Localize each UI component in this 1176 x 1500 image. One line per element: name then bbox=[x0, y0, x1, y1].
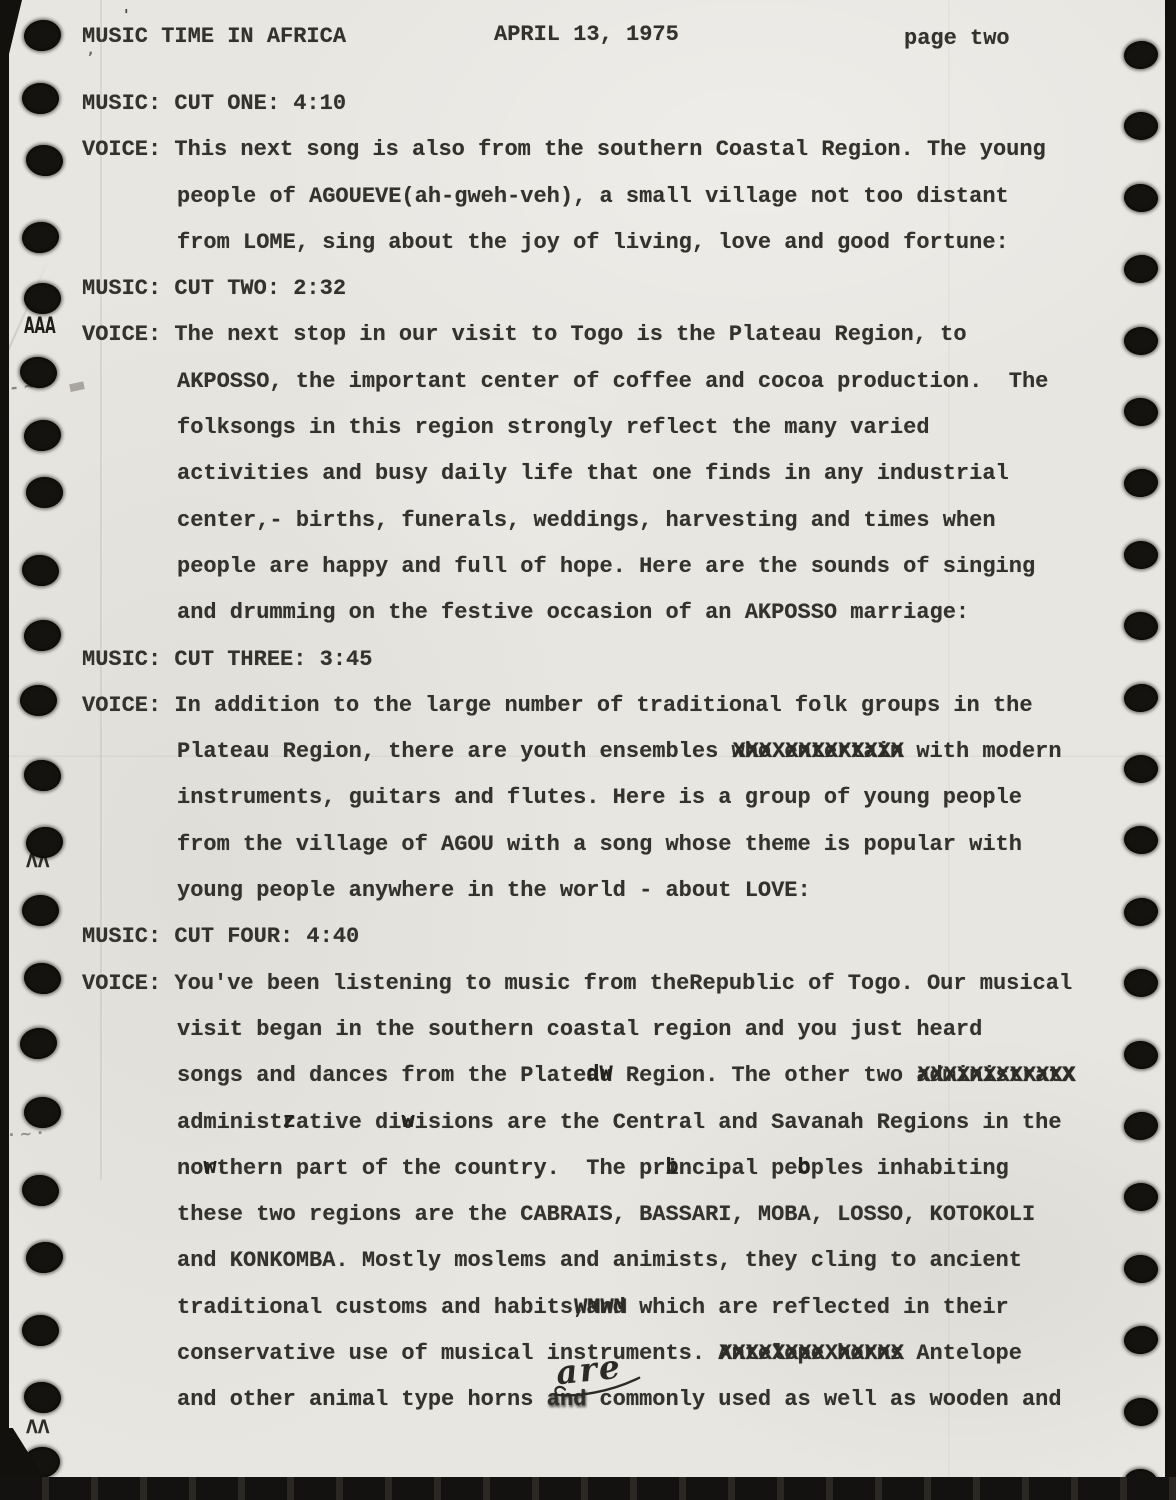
typed-text: songs and dances from the Plate bbox=[177, 1053, 586, 1099]
punch-hole bbox=[1124, 1398, 1158, 1426]
script-line: people of AGOUEVE(ah-gweh-veh), a small … bbox=[0, 174, 1176, 220]
overtyped-text: au bbox=[586, 1053, 612, 1099]
script-line: traditional customs and habits,and which… bbox=[0, 1285, 1176, 1331]
script-line: northern part of the country. The princi… bbox=[0, 1146, 1176, 1192]
typed-text: MUSIC: CUT ONE: 4:10 bbox=[82, 81, 346, 127]
script-line: MUSIC: CUT ONE: 4:10 bbox=[0, 81, 1176, 127]
document-title: MUSIC TIME IN AFRICA bbox=[82, 24, 346, 49]
scanned-script-page: MUSIC TIME IN AFRICA APRIL 13, 1975 page… bbox=[0, 0, 1176, 1500]
punch-hole bbox=[1124, 112, 1158, 140]
typed-strikeout: ,and bbox=[573, 1285, 626, 1331]
punch-hole bbox=[1124, 327, 1158, 355]
pencil-smudge: ▄ bbox=[68, 375, 85, 393]
typed-text: people of AGOUEVE(ah-gweh-veh), a small … bbox=[177, 174, 1009, 220]
ink-mark: ΛΛ bbox=[26, 1416, 50, 1438]
script-line: activities and busy daily life that one … bbox=[0, 451, 1176, 497]
script-line: instruments, guitars and flutes. Here is… bbox=[0, 775, 1176, 821]
typed-text: Plateau Region, there are youth ensemble… bbox=[177, 729, 732, 775]
typed-text: from LOME, sing about the joy of living,… bbox=[177, 220, 1009, 266]
script-line: and KONKOMBA. Mostly moslems and animist… bbox=[0, 1238, 1176, 1284]
typed-text: VOICE: In addition to the large number o… bbox=[82, 683, 1033, 729]
script-line: young people anywhere in the world - abo… bbox=[0, 868, 1176, 914]
typed-text: administ bbox=[177, 1100, 283, 1146]
typed-text: MUSIC: CUT FOUR: 4:40 bbox=[82, 914, 359, 960]
script-line: these two regions are the CABRAIS, BASSA… bbox=[0, 1192, 1176, 1238]
script-line: Plateau Region, there are youth ensemble… bbox=[0, 729, 1176, 775]
script-line: from LOME, sing about the joy of living,… bbox=[0, 220, 1176, 266]
script-line: center,- births, funerals, weddings, har… bbox=[0, 498, 1176, 544]
overtyped-text: r bbox=[203, 1146, 216, 1192]
scan-edge-bottom bbox=[0, 1477, 1176, 1500]
punch-hole bbox=[1123, 39, 1160, 70]
ink-blot: AAA bbox=[24, 314, 56, 339]
typed-text: folksongs in this region strongly reflec… bbox=[177, 405, 930, 451]
scan-edge-left bbox=[0, 0, 9, 1500]
script-line: from the village of AGOU with a song who… bbox=[0, 822, 1176, 868]
script-line: MUSIC: CUT THREE: 3:45 bbox=[0, 637, 1176, 683]
document-date: APRIL 13, 1975 bbox=[494, 22, 679, 47]
script-body: MUSIC: CUT ONE: 4:10VOICE: This next son… bbox=[0, 81, 1176, 1424]
punch-hole bbox=[1124, 1183, 1158, 1211]
typed-text: young people anywhere in the world - abo… bbox=[177, 868, 811, 914]
typed-text: VOICE: The next stop in our visit to Tog… bbox=[82, 312, 967, 358]
typed-text: ples inhabiting bbox=[811, 1146, 1009, 1192]
overtyped-text: i bbox=[665, 1146, 678, 1192]
punch-hole bbox=[26, 477, 63, 508]
typed-text: and KONKOMBA. Mostly moslems and animist… bbox=[177, 1238, 1022, 1284]
script-line: AKPOSSO, the important center of coffee … bbox=[0, 359, 1176, 405]
script-line: MUSIC: CUT TWO: 2:32 bbox=[0, 266, 1176, 312]
typed-text: center,- births, funerals, weddings, har… bbox=[177, 498, 996, 544]
typed-text: MUSIC: CUT TWO: 2:32 bbox=[82, 266, 346, 312]
typed-strikeout: administratX bbox=[916, 1053, 1074, 1099]
typed-text: instruments, guitars and flutes. Here is… bbox=[177, 775, 1022, 821]
handwritten-correction: are bbox=[554, 1347, 623, 1393]
typed-text: activities and busy daily life that one … bbox=[177, 451, 1009, 497]
scan-edge-right bbox=[1165, 0, 1176, 1500]
stray-mark: ' bbox=[124, 6, 129, 24]
typed-text: ncipal pe bbox=[679, 1146, 798, 1192]
overtyped-text: v bbox=[401, 1100, 414, 1146]
script-line: songs and dances from the Plateau Region… bbox=[0, 1053, 1176, 1099]
punch-hole bbox=[1124, 969, 1158, 997]
script-line: folksongs in this region strongly reflec… bbox=[0, 405, 1176, 451]
overtyped-text: o bbox=[798, 1146, 811, 1192]
typed-text: no bbox=[177, 1146, 203, 1192]
typed-text: commonly used as well as wooden and bbox=[586, 1377, 1061, 1423]
punch-hole bbox=[22, 83, 59, 114]
punch-hole bbox=[20, 685, 57, 716]
typed-text: these two regions are the CABRAIS, BASSA… bbox=[177, 1192, 1035, 1238]
overtyped-text: r bbox=[283, 1100, 296, 1146]
typed-text: AKPOSSO, the important center of coffee … bbox=[177, 359, 1048, 405]
script-line: and drumming on the festive occasion of … bbox=[0, 590, 1176, 636]
typed-text: and drumming on the festive occasion of … bbox=[177, 590, 969, 636]
script-line: people are happy and full of hope. Here … bbox=[0, 544, 1176, 590]
typed-strikeout: who entertain bbox=[732, 729, 904, 775]
typed-text: with modern bbox=[903, 729, 1061, 775]
script-line: VOICE: In addition to the large number o… bbox=[0, 683, 1176, 729]
typed-text: VOICE: You've been listening to music fr… bbox=[82, 961, 1072, 1007]
script-line: VOICE: This next song is also from the s… bbox=[0, 127, 1176, 173]
typed-text: MUSIC: CUT THREE: 3:45 bbox=[82, 637, 372, 683]
script-line: VOICE: The next stop in our visit to Tog… bbox=[0, 312, 1176, 358]
typed-strikeout: Antelope horns bbox=[718, 1331, 903, 1377]
script-line: MUSIC: CUT FOUR: 4:40 bbox=[0, 914, 1176, 960]
typed-text: which are reflected in their bbox=[626, 1285, 1009, 1331]
punch-hole bbox=[22, 895, 59, 926]
typed-text: and other animal type horns bbox=[177, 1377, 547, 1423]
punch-hole bbox=[24, 283, 61, 314]
typed-text: visit began in the southern coastal regi… bbox=[177, 1007, 982, 1053]
typed-text: traditional customs and habits bbox=[177, 1285, 573, 1331]
script-line: administrative divisions are the Central… bbox=[0, 1100, 1176, 1146]
typed-text: VOICE: This next song is also from the s… bbox=[82, 127, 1046, 173]
page-number: page two bbox=[904, 26, 1010, 51]
typed-text: thern part of the country. The pr bbox=[217, 1146, 666, 1192]
typed-text: ative di bbox=[296, 1100, 402, 1146]
script-line: visit began in the southern coastal regi… bbox=[0, 1007, 1176, 1053]
typed-text: isions are the Central and Savanah Regio… bbox=[415, 1100, 1062, 1146]
punch-hole bbox=[1124, 755, 1158, 783]
punch-hole bbox=[22, 1315, 59, 1346]
typed-text: Region. The other two bbox=[613, 1053, 917, 1099]
typed-text: people are happy and full of hope. Here … bbox=[177, 544, 1035, 590]
punch-hole bbox=[24, 1097, 61, 1128]
punch-hole bbox=[1124, 541, 1158, 569]
scan-corner bbox=[0, 0, 22, 64]
punch-hole bbox=[22, 18, 63, 53]
typed-text: from the village of AGOU with a song who… bbox=[177, 822, 1022, 868]
typed-text: Antelope bbox=[903, 1331, 1022, 1377]
typed-text: conservative use of musical instruments. bbox=[177, 1331, 718, 1377]
stray-mark: ʼ bbox=[88, 50, 93, 66]
script-line: VOICE: You've been listening to music fr… bbox=[0, 961, 1176, 1007]
